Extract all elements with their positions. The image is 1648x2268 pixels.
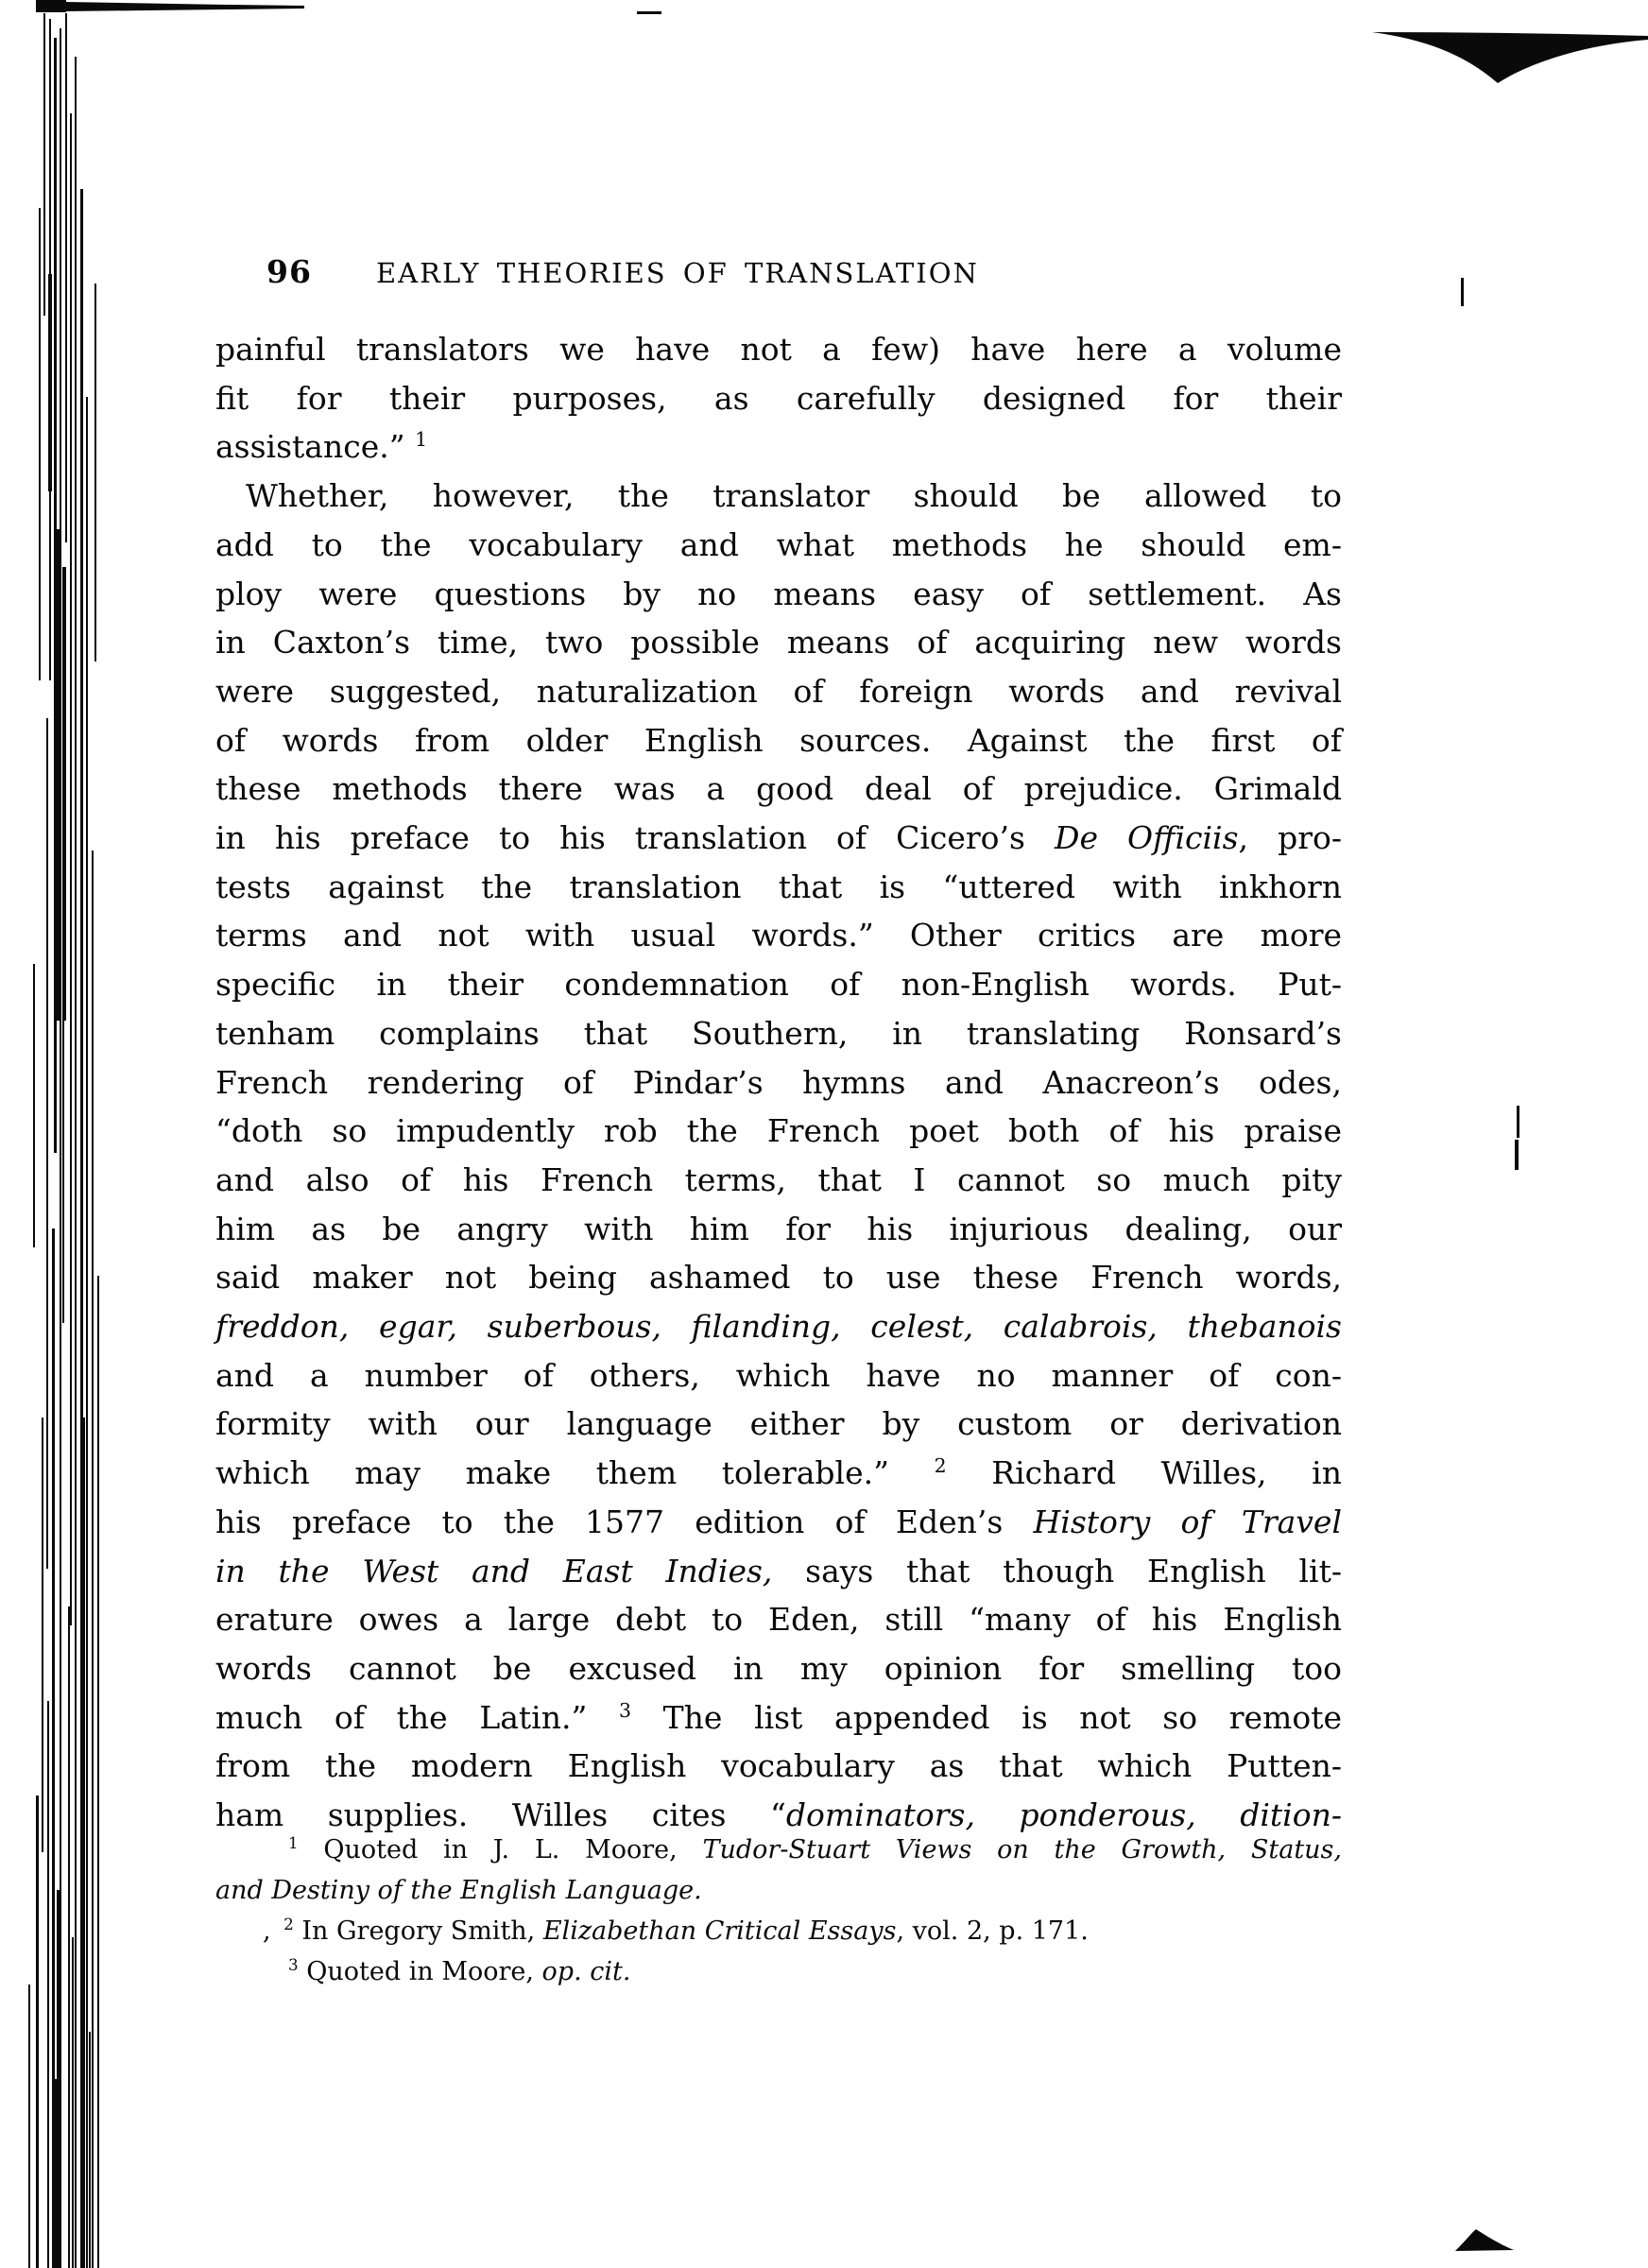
text-line: formity with our language either by cust… [215,1400,1342,1449]
scanned-book-page: 96 EARLY THEORIES OF TRANSLATION painful… [0,0,1648,2268]
text-line: 3 Quoted in Moore, op. cit. [215,1951,1342,1992]
text-line: ploy were questions by no means easy of … [215,570,1342,619]
text-line: and a number of others, which have no ma… [215,1351,1342,1400]
text-line: him as be angry with him for his injurio… [215,1205,1342,1254]
text-line: which may make them tolerable.” 2 Richar… [215,1449,1342,1498]
text-line: terms and not with usual words.” Other c… [215,911,1342,960]
footnotes: 1 Quoted in J. L. Moore, Tudor-Stuart Vi… [215,1830,1342,1992]
text-line: Whether, however, the translator should … [215,472,1342,521]
text-line: and Destiny of the English Language. [215,1870,1342,1911]
text-line: “doth so impudently rob the French poet … [215,1107,1342,1156]
body-paragraph: Whether, however, the translator should … [215,472,1342,1840]
text-line: French rendering of Pindar’s hymns and A… [215,1058,1342,1108]
text-line: said maker not being ashamed to use thes… [215,1253,1342,1302]
text-line: in Caxton’s time, two possible means of … [215,618,1342,667]
text-line: these methods there was a good deal of p… [215,765,1342,814]
running-title: EARLY THEORIES OF TRANSLATION [376,257,979,289]
top-left-smudge [36,0,304,12]
text-line: words cannot be excused in my opinion fo… [215,1644,1342,1693]
gutter-shadow-streaks [28,13,99,2268]
text-line: assistance.” 1 [215,422,1342,472]
text-line: add to the vocabulary and what methods h… [215,521,1342,570]
top-right-page-turn-shadow [1372,32,1648,83]
text-line: painful translators we have not a few) h… [215,325,1342,374]
text-line: erature owes a large debt to Eden, still… [215,1595,1342,1644]
text-line: in the West and East Indies, says that t… [215,1547,1342,1596]
text-line: were suggested, naturalization of foreig… [215,667,1342,716]
text-line: his preface to the 1577 edition of Eden’… [215,1498,1342,1547]
text-line: from the modern English vocabulary as th… [215,1742,1342,1791]
page-number: 96 [266,253,312,290]
text-line: and also of his French terms, that I can… [215,1156,1342,1205]
text-line: specific in their condemnation of non-En… [215,960,1342,1009]
text-line: of words from older English sources. Aga… [215,716,1342,765]
right-margin-marks [1461,278,1519,1170]
text-line: much of the Latin.” 3 The list appended … [215,1693,1342,1743]
text-line: fit for their purposes, as carefully des… [215,374,1342,423]
bottom-right-smudge [1455,2229,1514,2251]
text-line: , 2 In Gregory Smith, Elizabethan Critic… [215,1911,1342,1951]
text-line: tests against the translation that is “u… [215,863,1342,912]
text-line: freddon, egar, suberbous, filanding, cel… [215,1302,1342,1351]
page-body: painful translators we have not a few) h… [215,325,1342,1840]
body-paragraph: painful translators we have not a few) h… [215,325,1342,472]
text-line: in his preface to his translation of Cic… [215,814,1342,863]
top-center-dash-mark [637,11,661,14]
text-line: 1 Quoted in J. L. Moore, Tudor-Stuart Vi… [215,1830,1342,1870]
text-line: tenham complains that Southern, in trans… [215,1009,1342,1058]
